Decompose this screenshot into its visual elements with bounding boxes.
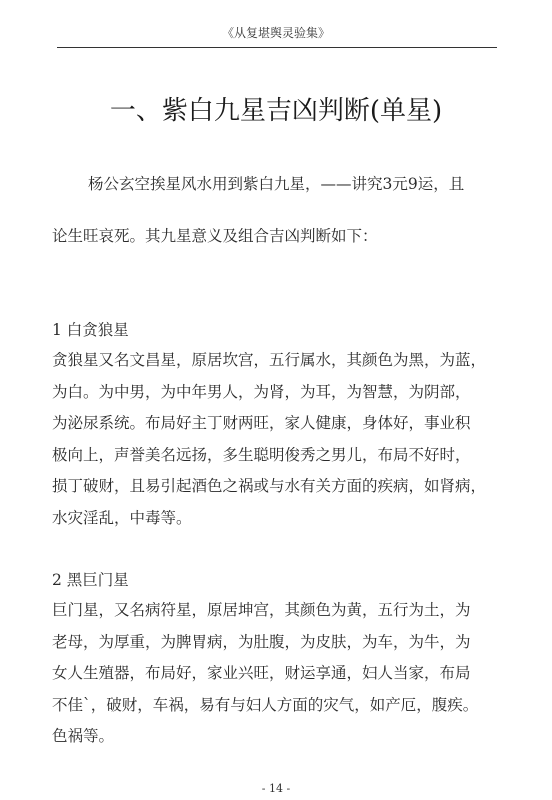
intro-line-2: 论生旺哀死。其九星意义及组合吉凶判断如下： <box>52 220 512 252</box>
body-line: 为白。为中男，为中年男人，为肾，为耳，为智慧，为阴部， <box>52 377 512 409</box>
running-header-title: 《从复堪舆灵验集》 <box>0 24 552 41</box>
body-line: 极向上，声誉美名远扬，多生聪明俊秀之男儿，布局不好时， <box>52 440 512 472</box>
section-heading-1: 1 白贪狼星 <box>52 318 129 340</box>
intro-line-1: 杨公玄空挨星风水用到紫白九星，——讲究3元9运，且 <box>88 168 548 200</box>
section-body-2: 巨门星，又名病符星，原居坤宫，其颜色为黄，五行为土，为 老母，为厚重，为脾胃病，… <box>52 595 512 753</box>
body-line: 不佳`，破财，车祸，易有与妇人方面的灾气，如产厄，腹疾。 <box>52 690 512 722</box>
section-heading-2: 2 黑巨门星 <box>52 568 129 590</box>
body-line: 贪狼星又名文昌星，原居坎宫，五行属水，其颜色为黑，为蓝， <box>52 345 512 377</box>
body-line: 老母，为厚重，为脾胃病，为肚腹，为皮肤，为车，为牛，为 <box>52 627 512 659</box>
body-line: 为泌尿系统。布局好主丁财两旺，家人健康，身体好，事业积 <box>52 408 512 440</box>
section-body-1: 贪狼星又名文昌星，原居坎宫，五行属水，其颜色为黑，为蓝， 为白。为中男，为中年男… <box>52 345 512 534</box>
page-number: - 14 - <box>0 782 552 795</box>
header-rule-divider <box>57 47 497 48</box>
body-line: 巨门星，又名病符星，原居坤宫，其颜色为黄，五行为土，为 <box>52 595 512 627</box>
body-line: 损丁破财，且易引起酒色之祸或与水有关方面的疾病，如肾病， <box>52 471 512 503</box>
chapter-title: 一、紫白九星吉凶判断(单星) <box>0 90 552 127</box>
body-line: 女人生殖器，布局好，家业兴旺，财运享通，妇人当家，布局 <box>52 658 512 690</box>
body-line: 色祸等。 <box>52 721 512 753</box>
body-line: 水灾淫乱，中毒等。 <box>52 503 512 535</box>
